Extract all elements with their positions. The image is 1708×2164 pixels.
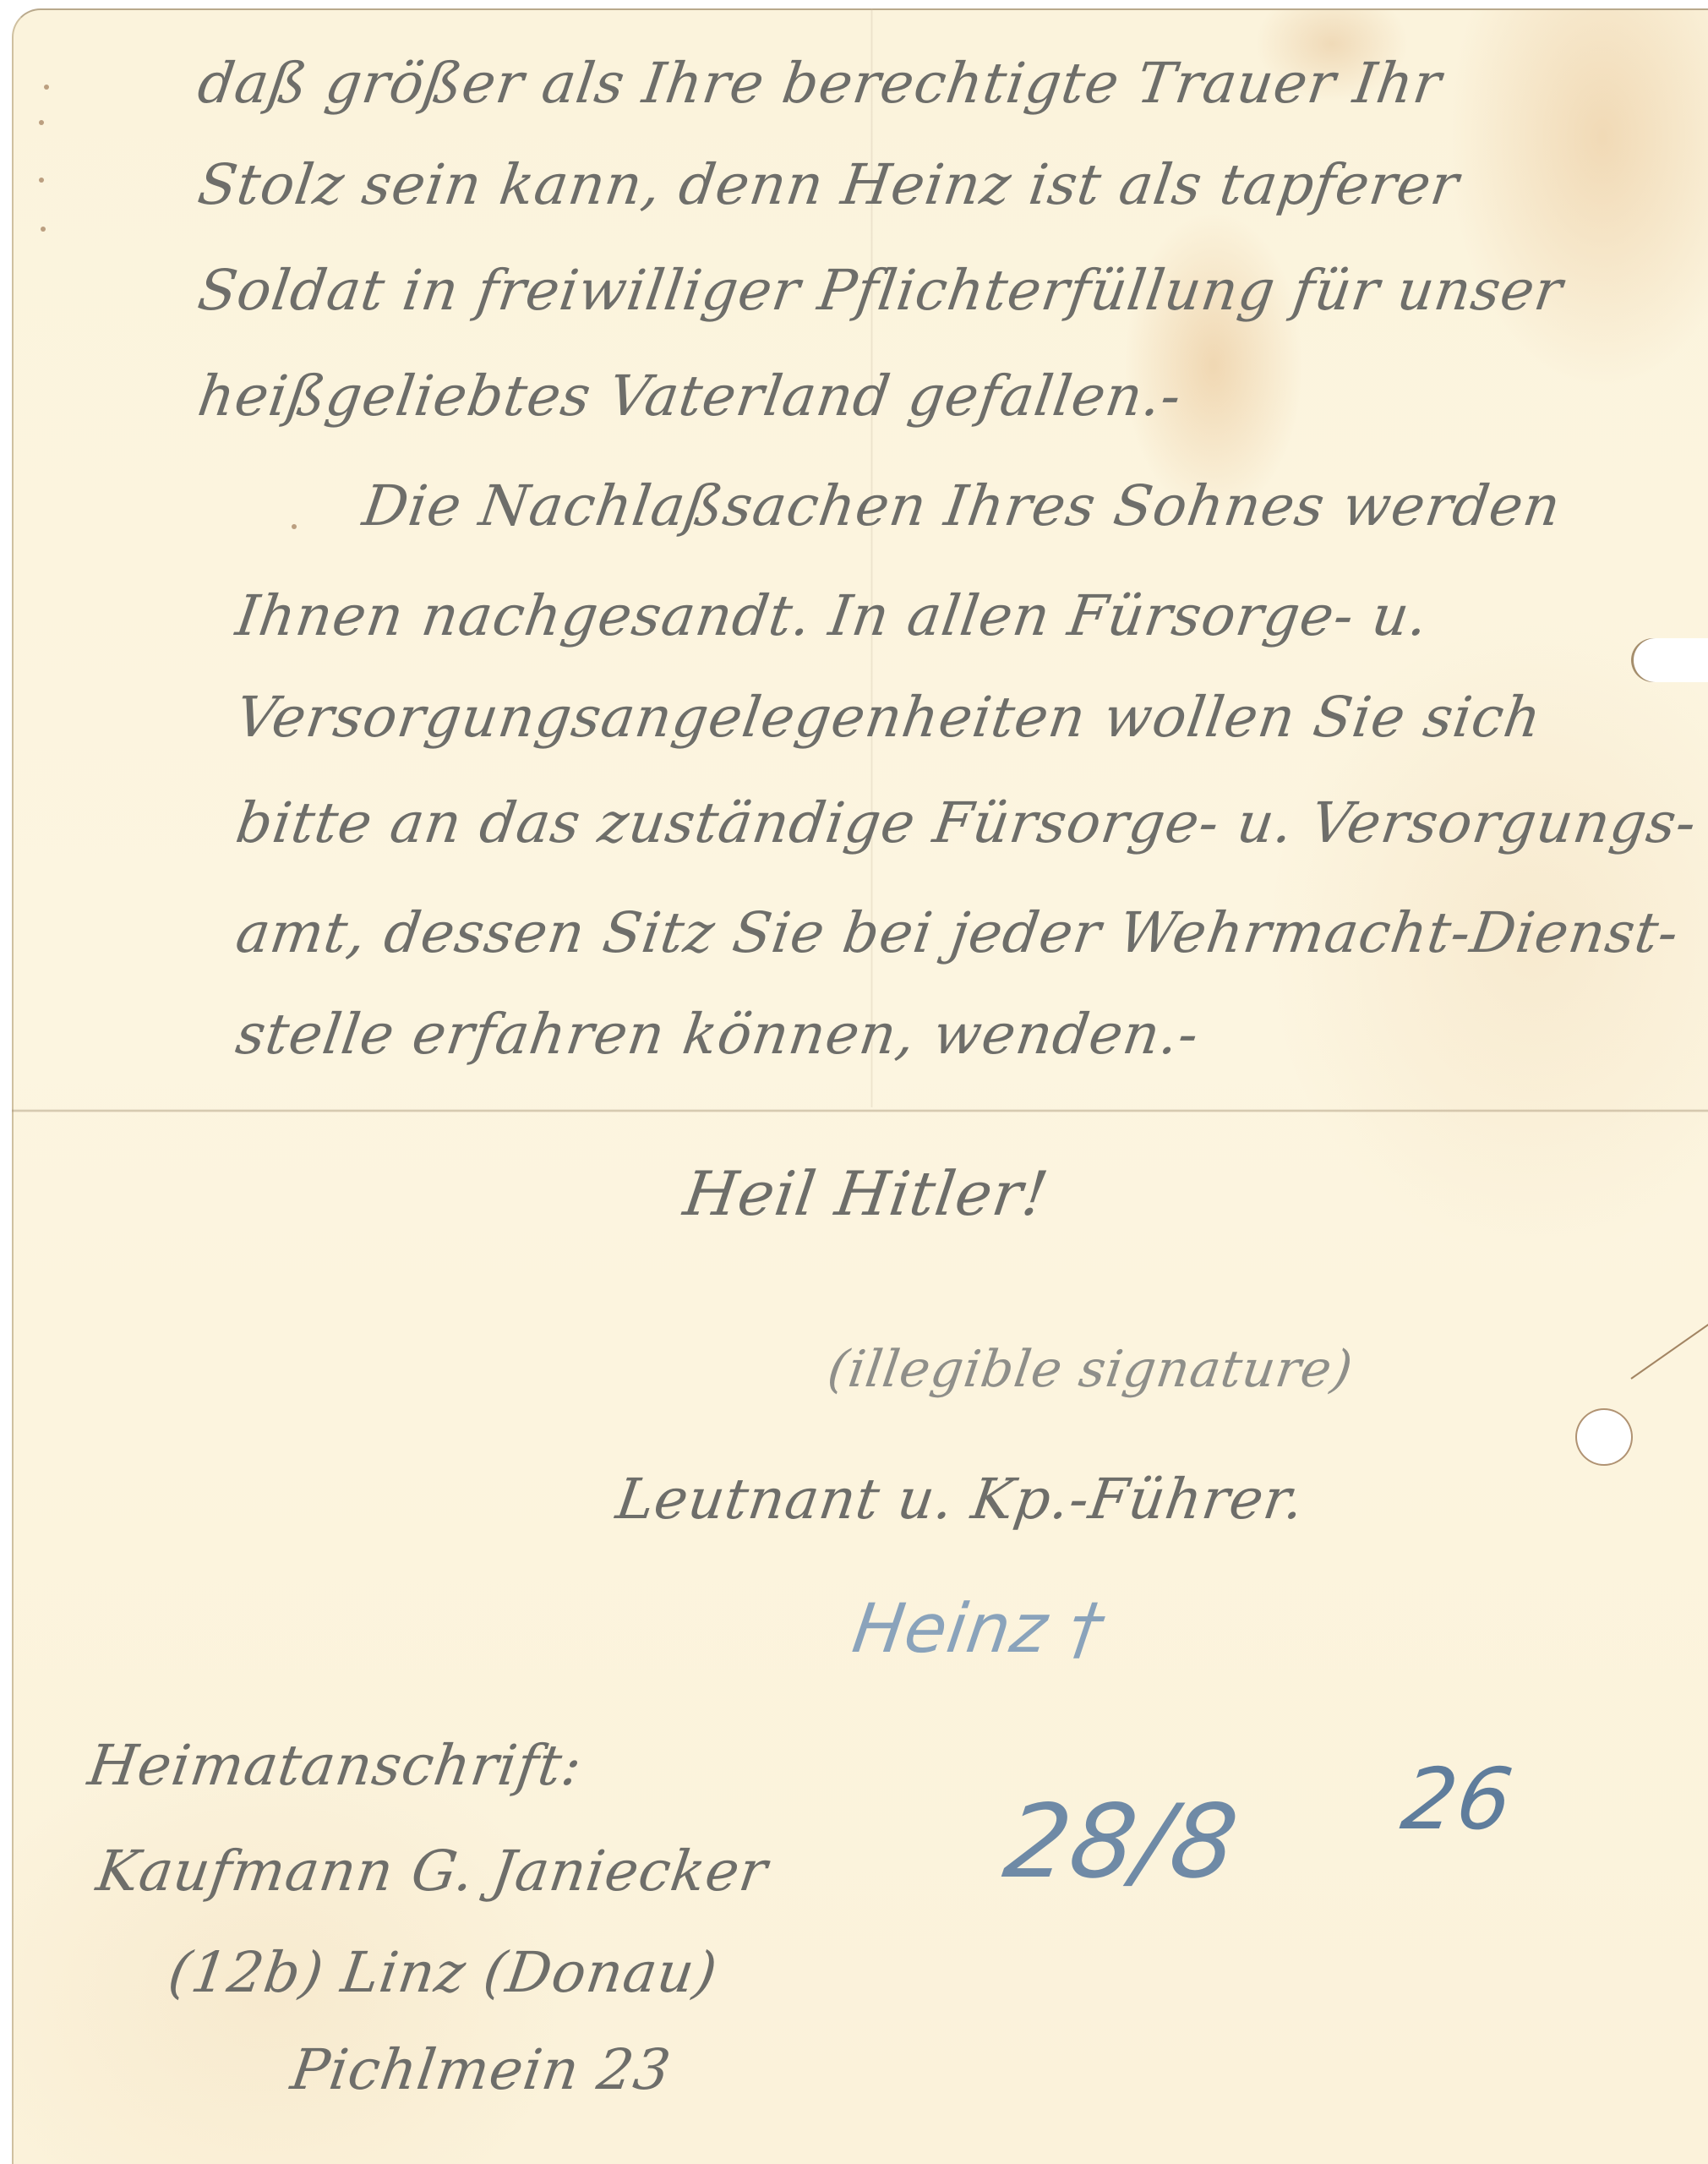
signature: (illegible signature) bbox=[824, 1340, 1356, 1399]
signer-title: Leutnant u. Kp.-Führer. bbox=[613, 1467, 1309, 1532]
body-line: Versorgungsangelegenheiten wollen Sie si… bbox=[232, 685, 1546, 750]
annotation-date: 28/8 bbox=[997, 1784, 1245, 1901]
paragraph-mark bbox=[292, 524, 297, 529]
closing-salutation: Heil Hitler! bbox=[679, 1158, 1053, 1229]
body-line: stelle erfahren können, wenden.- bbox=[232, 1002, 1203, 1067]
body-line: bitte an das zuständige Fürsorge- u. Ver… bbox=[232, 790, 1701, 855]
punch-hole bbox=[1577, 1410, 1631, 1464]
body-line: heißgeliebtes Vaterland gefallen.- bbox=[194, 363, 1186, 429]
body-line: daß größer als Ihre berechtigte Trauer I… bbox=[194, 51, 1446, 116]
address-line: (12b) Linz (Donau) bbox=[165, 1940, 722, 2005]
left-margin-speck bbox=[39, 120, 44, 125]
body-line: Stolz sein kann, denn Heinz ist als tapf… bbox=[194, 152, 1464, 217]
left-margin-speck bbox=[39, 178, 44, 183]
body-line: Die Nachlaßsachen Ihres Sohnes werden bbox=[359, 473, 1565, 538]
annotation-note: Heinz † bbox=[848, 1589, 1110, 1668]
left-margin-speck bbox=[44, 85, 49, 90]
address-line: Kaufmann G. Janiecker bbox=[93, 1839, 772, 1904]
body-line: Ihnen nachgesandt. In allen Fürsorge- u. bbox=[232, 583, 1432, 648]
annotation-number: 26 bbox=[1396, 1750, 1520, 1849]
horizontal-fold-crease bbox=[12, 1109, 1708, 1112]
address-line: Pichlmein 23 bbox=[287, 2037, 675, 2102]
left-margin-speck bbox=[41, 227, 46, 232]
body-line: Soldat in freiwilliger Pflichterfüllung … bbox=[194, 258, 1567, 323]
torn-punch-hole bbox=[1631, 638, 1708, 682]
body-line: amt, dessen Sitz Sie bei jeder Wehrmacht… bbox=[232, 900, 1683, 965]
address-label: Heimatanschrift: bbox=[85, 1733, 587, 1798]
